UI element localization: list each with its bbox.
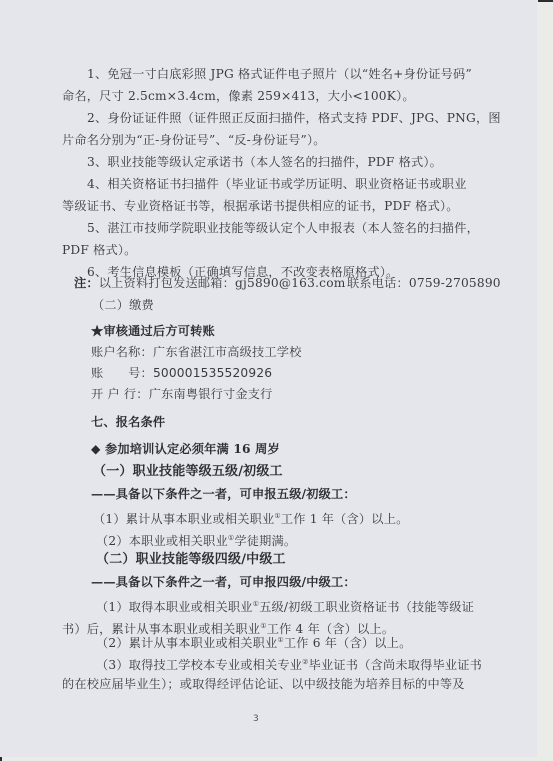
condition-item: （2）本职业或相关职业①学徒期满。 [96,530,296,549]
condition-item: （2）累计从事本职业或相关职业①工作 6 年（含）以上。 [96,632,411,651]
material-line: 1、免冠一寸白底彩照 JPG 格式证件电子照片（以“姓名+身份证号码” [87,66,472,82]
material-line: 5、湛江市技师学院职业技能等级认定个人申报表（本人签名的扫描件， [87,220,479,236]
level4-intro: ——具备以下条件之一者，可申报四级/中级工： [91,574,356,590]
scan-edge [0,757,2,761]
scan-edge [538,0,553,2]
account-number: 500001535520926 [153,366,272,380]
note-email: 以上资料打包发送邮箱：gj5890@163.com [99,276,346,290]
condition-item: （3）取得技工学校本专业或相关专业②毕业证书（含尚未取得毕业证书 [96,654,482,673]
level5-intro: ——具备以下条件之一者，可申报五级/初级工： [91,486,356,502]
material-line: 4、相关资格证书扫描件（毕业证书或学历证明、职业资格证书或职业 [87,176,467,192]
condition-item: （1）取得本职业或相关职业①五级/初级工职业资格证书（技能等级证 [96,596,474,615]
page-number: 3 [253,714,259,724]
level4-heading: （二）职业技能等级四级/中级工 [96,552,286,568]
material-line: 3、职业技能等级认定承诺书（本人签名的扫描件，PDF 格式）。 [87,154,442,170]
document-page: 1、免冠一寸白底彩照 JPG 格式证件电子照片（以“姓名+身份证号码” 命名，尺… [0,0,537,757]
material-line: 片命名分别为“正-身份证号”、“反-身份证号”）。 [62,132,326,148]
note-line: 注：以上资料打包发送邮箱：gj5890@163.com [74,275,345,291]
material-line: 2、身份证证件照（证件照正反面扫描件，格式支持 PDF、JPG、PNG，图 [87,110,501,126]
level5-heading: （一）职业技能等级五级/初级工 [93,464,283,480]
note-label: 注： [74,276,99,290]
account-number-label: 账 号： [91,366,153,380]
condition-item: （1）累计从事本职业或相关职业①工作 1 年（含）以上。 [93,508,408,527]
age-rule: ◆ 参加培训认定必须年满 16 周岁 [91,441,280,457]
payment-heading: （二）缴费 [92,297,154,313]
condition-item: 的在校应届毕业生）；或取得经评估论证、以中级技能为培养目标的中等及 [62,676,465,692]
note-phone: 联系电话：0759-2705890 [347,275,501,291]
payment-notice: ★审核通过后方可转账 [91,323,215,339]
material-line: PDF 格式）。 [62,242,137,258]
conditions-heading: 七、报名条件 [91,414,165,430]
account-name: 账户名称：广东省湛江市高级技工学校 [91,344,302,360]
material-line: 命名，尺寸 2.5cm×3.4cm，像素 259×413，大小<100K）。 [62,88,415,104]
account-number-line: 账 号：500001535520926 [91,365,272,381]
material-line: 等级证书、专业资格证书等，根据承诺书提供相应的证书，PDF 格式）。 [62,198,459,214]
bank-name: 开 户 行：广东南粤银行寸金支行 [91,386,273,402]
